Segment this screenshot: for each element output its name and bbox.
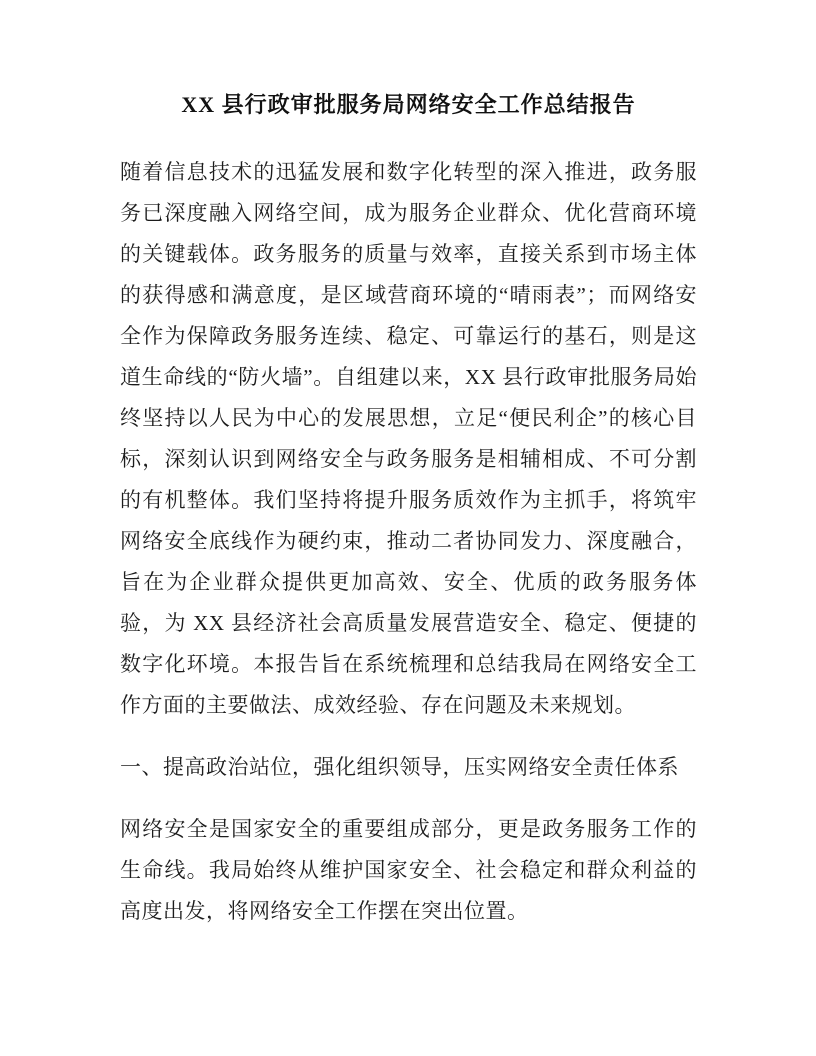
- section-1-heading: 一、提高政治站位，强化组织领导，压实网络安全责任体系: [120, 747, 697, 788]
- intro-paragraph: 随着信息技术的迅猛发展和数字化转型的深入推进，政务服务已深度融入网络空间，成为服…: [120, 152, 697, 726]
- document-page: XX 县行政审批服务局网络安全工作总结报告 随着信息技术的迅猛发展和数字化转型的…: [0, 0, 816, 1056]
- section-1-paragraph: 网络安全是国家安全的重要组成部分，更是政务服务工作的生命线。我局始终从维护国家安…: [120, 809, 697, 932]
- document-title: XX 县行政审批服务局网络安全工作总结报告: [120, 88, 697, 122]
- document-title-text: XX 县行政审批服务局网络安全工作总结报告: [181, 92, 635, 117]
